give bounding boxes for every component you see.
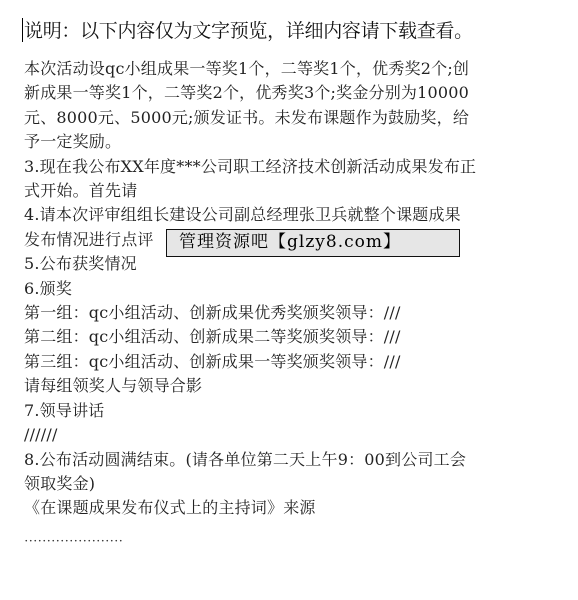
watermark-text: 管理资源吧【glzy8.com】 (179, 232, 401, 252)
dotted-separator: ･･････････････････････ (24, 537, 123, 547)
step-8-line: 8.公布活动圆满结束。(请各单位第二天上午9：00到公司工会 (24, 448, 554, 472)
step-6-line: 6.颁奖 (24, 277, 554, 301)
preview-notice-header: 说明：以下内容仅为文字预览，详细内容请下载查看。 (22, 17, 473, 45)
slashes-line: ////// (24, 423, 554, 447)
paragraph-line: 新成果一等奖1个，二等奖2个，优秀奖3个;奖金分别为10000 (24, 81, 554, 105)
group-1-line: 第一组：qc小组活动、创新成果优秀奖颁奖领导：/// (24, 301, 554, 325)
step-3-line: 式开始。首先请 (24, 179, 554, 203)
paragraph-line: 元、8000元、5000元;颁发证书。未发布课题作为鼓励奖，给 (24, 106, 554, 130)
text-cursor (22, 18, 23, 42)
document-body: 本次活动设qc小组成果一等奖1个，二等奖1个，优秀奖2个;创 新成果一等奖1个，… (24, 57, 554, 521)
step-8-line: 领取奖金) (24, 472, 554, 496)
paragraph-line: 予一定奖励。 (24, 130, 554, 154)
step-3-line: 3.现在我公布XX年度***公司职工经济技术创新活动成果发布正 (24, 155, 554, 179)
step-4-line: 4.请本次评审组组长建设公司副总经理张卫兵就整个课题成果 (24, 203, 554, 227)
watermark-banner: 管理资源吧【glzy8.com】 (166, 229, 460, 257)
photo-line: 请每组领奖人与领导合影 (24, 374, 554, 398)
step-7-line: 7.领导讲话 (24, 399, 554, 423)
preview-notice-text: 说明：以下内容仅为文字预览，详细内容请下载查看。 (24, 20, 473, 42)
group-3-line: 第三组：qc小组活动、创新成果一等奖颁奖领导：/// (24, 350, 554, 374)
source-line: 《在课题成果发布仪式上的主持词》来源 (24, 496, 554, 520)
group-2-line: 第二组：qc小组活动、创新成果二等奖颁奖领导：/// (24, 325, 554, 349)
paragraph-line: 本次活动设qc小组成果一等奖1个，二等奖1个，优秀奖2个;创 (24, 57, 554, 81)
